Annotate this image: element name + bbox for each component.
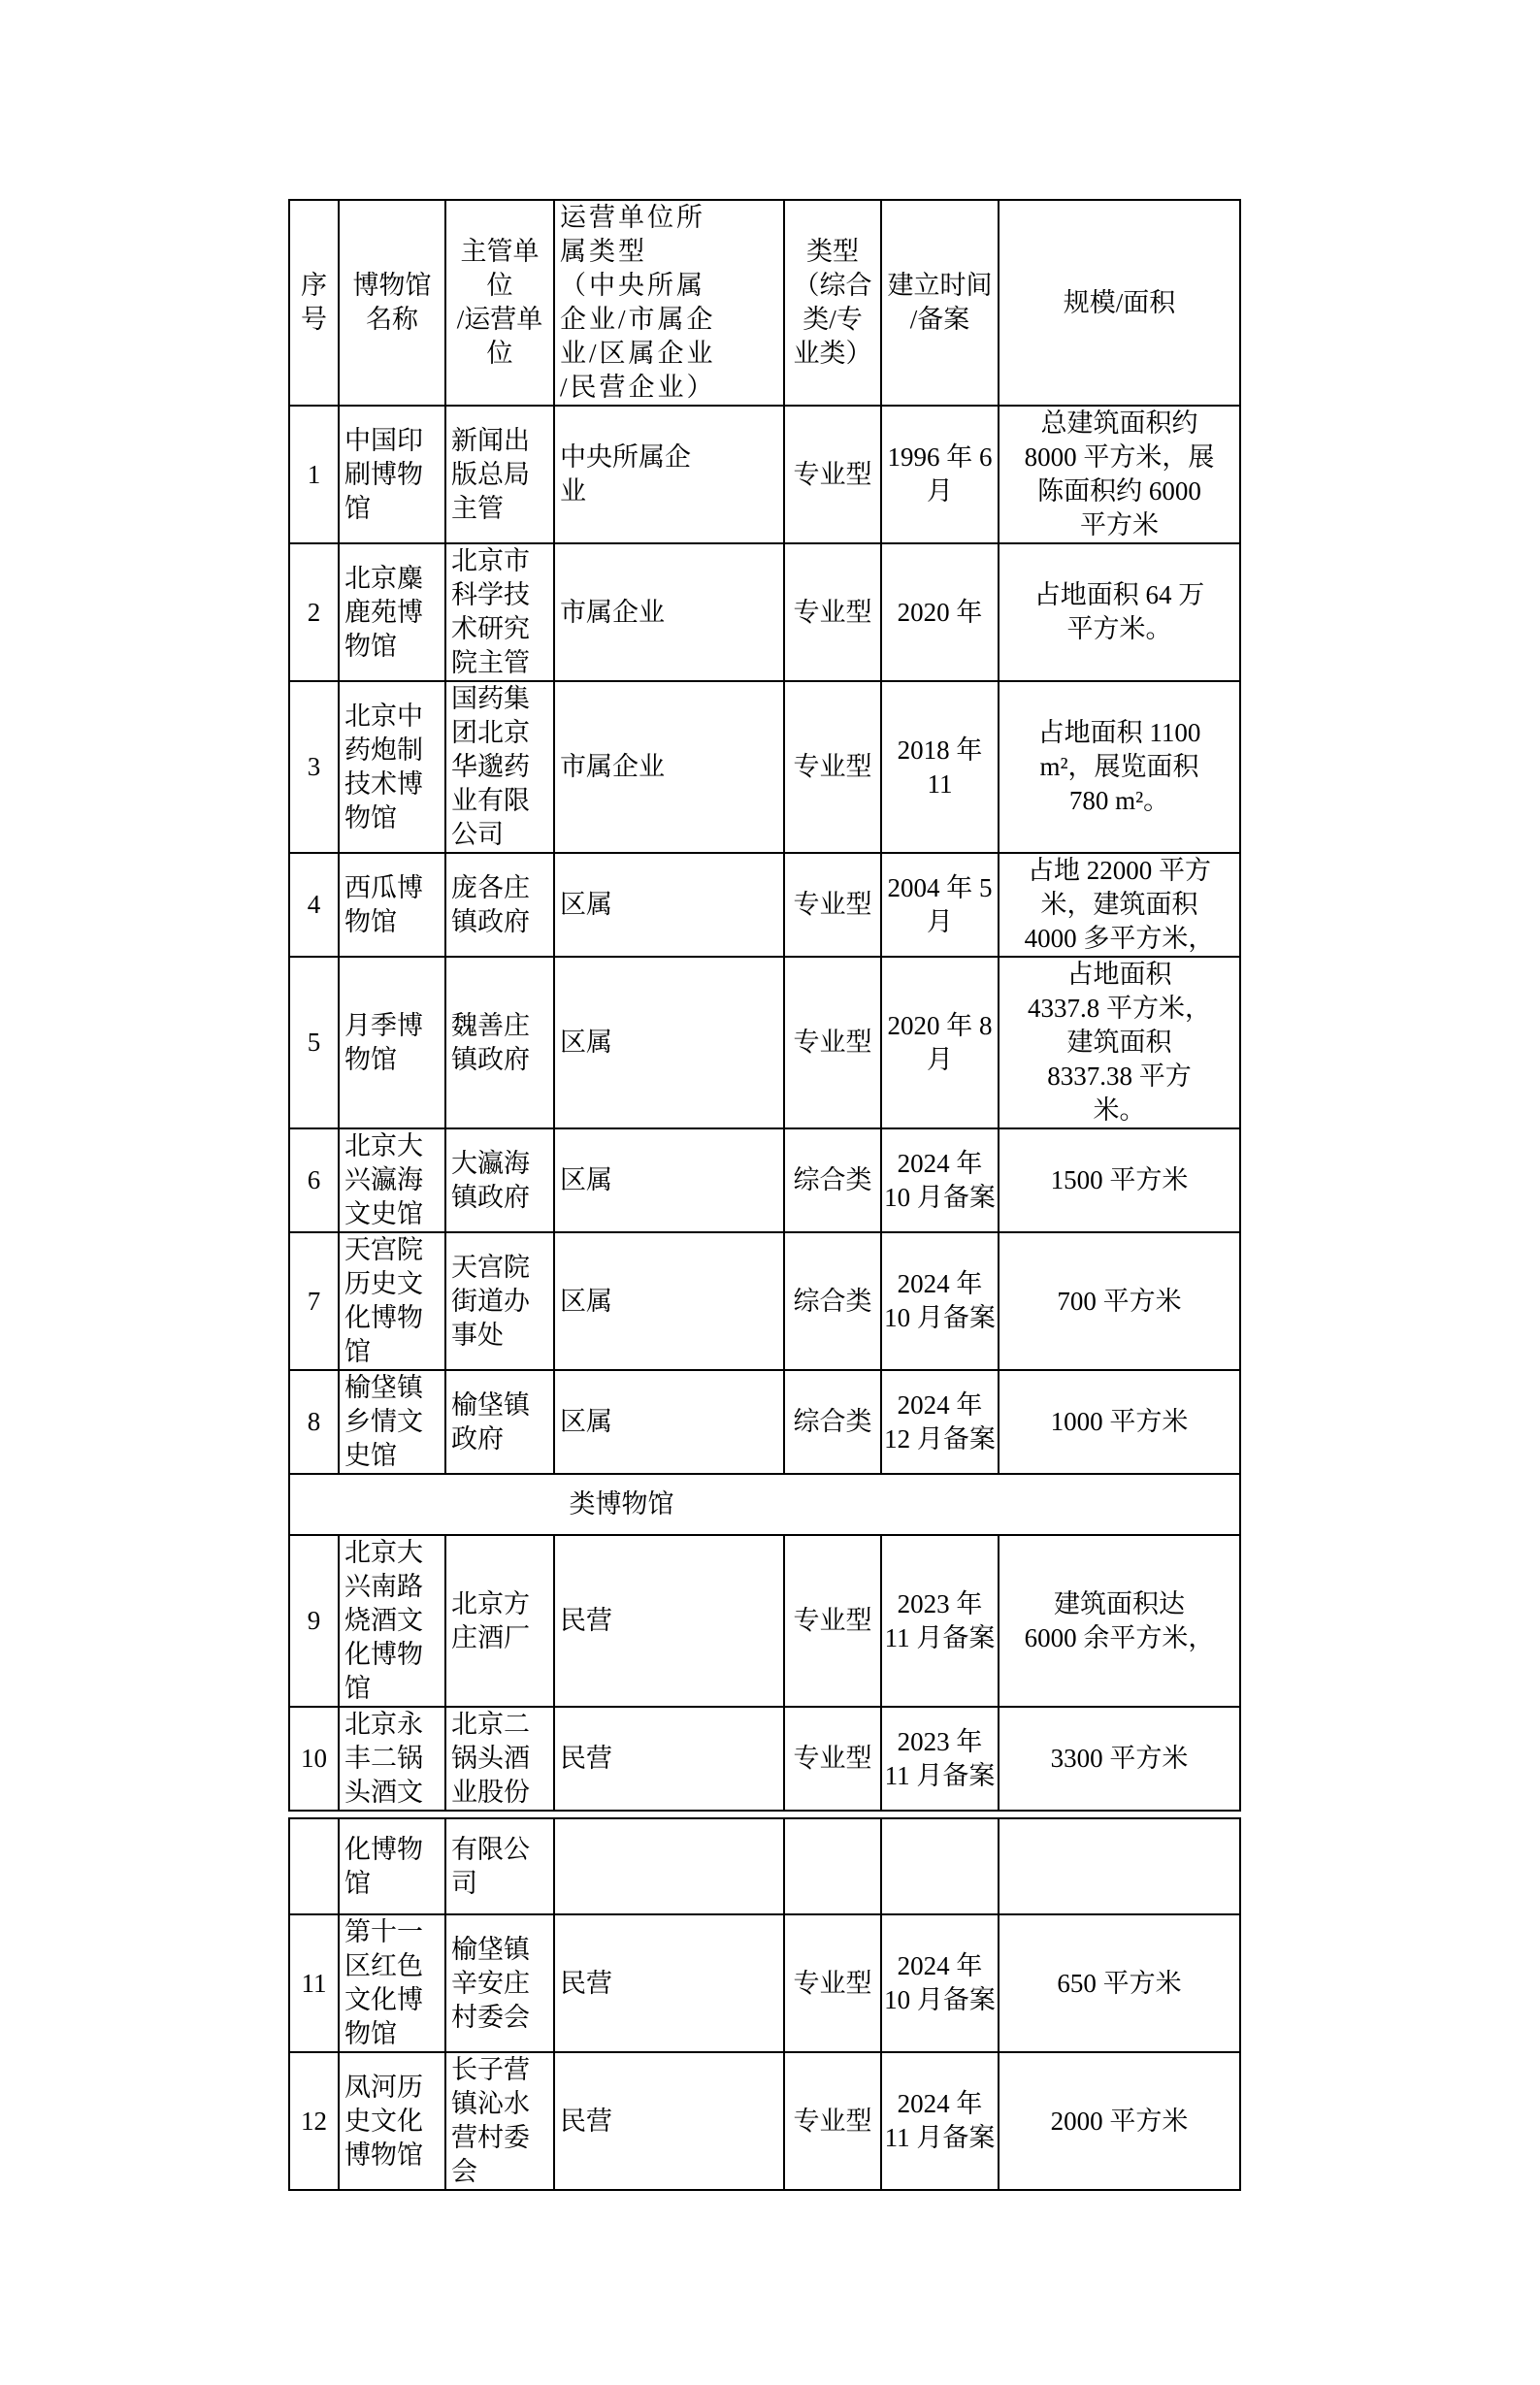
- table-row: 10 北京永 丰二锅 头酒文 北京二 锅头酒 业股份 民营 专业型 2023 年…: [289, 1707, 1240, 1811]
- table-cell: 3: [289, 681, 339, 853]
- table-cell: 专业型: [784, 2052, 881, 2190]
- table-cell: 市属企业: [554, 681, 784, 853]
- table-row: 2 北京麋 鹿苑博 物馆 北京市 科学技 术研究 院主管 市属企业 专业型 20…: [289, 543, 1240, 681]
- table-cell: 区属: [554, 957, 784, 1128]
- column-header: 主管单 位 /运营单 位: [445, 200, 554, 406]
- table-cell: [554, 1818, 784, 1914]
- table-cell: 北京麋 鹿苑博 物馆: [339, 543, 445, 681]
- table-row: 6 北京大 兴瀛海 文史馆 大瀛海 镇政府 区属 综合类 2024 年 10 月…: [289, 1128, 1240, 1232]
- table-row: 化博物 馆 有限公 司: [289, 1818, 1240, 1914]
- table-row: 7 天宫院 历史文 化博物 馆 天宫院 街道办 事处 区属 综合类 2024 年…: [289, 1232, 1240, 1370]
- column-header: 运营单位所 属类型 （中央所属 企业/市属企 业/区属企业 /民营企业）: [554, 200, 784, 406]
- table-cell: 月季博 物馆: [339, 957, 445, 1128]
- table-cell: 1000 平方米: [999, 1370, 1240, 1474]
- table-cell: 榆垡镇 政府: [445, 1370, 554, 1474]
- table-cell: 凤河历 史文化 博物馆: [339, 2052, 445, 2190]
- table-cell: 有限公 司: [445, 1818, 554, 1914]
- column-header: 类型 （综合 类/专 业类）: [784, 200, 881, 406]
- table-cell: 总建筑面积约 8000 平方米，展 陈面积约 6000 平方米: [999, 406, 1240, 543]
- table-cell: 综合类: [784, 1232, 881, 1370]
- table-cell: 北京市 科学技 术研究 院主管: [445, 543, 554, 681]
- table-cell: 2024 年 11 月备案: [881, 2052, 999, 2190]
- table-cell: 区属: [554, 1370, 784, 1474]
- table-cell: 2023 年 11 月备案: [881, 1535, 999, 1707]
- table-row: 1 中国印 刷博物 馆 新闻出 版总局 主管 中央所属企 业 专业型 1996 …: [289, 406, 1240, 543]
- table-cell: 庞各庄 镇政府: [445, 853, 554, 957]
- table-cell: 天宫院 历史文 化博物 馆: [339, 1232, 445, 1370]
- table-cell: 10: [289, 1707, 339, 1811]
- table-cell: 北京中 药炮制 技术博 物馆: [339, 681, 445, 853]
- table-row: 8 榆垡镇 乡情文 史馆 榆垡镇 政府 区属 综合类 2024 年 12 月备案…: [289, 1370, 1240, 1474]
- table-cell: 新闻出 版总局 主管: [445, 406, 554, 543]
- table-cell: 第十一 区红色 文化博 物馆: [339, 1914, 445, 2052]
- table-cell: [881, 1818, 999, 1914]
- table-cell: 大瀛海 镇政府: [445, 1128, 554, 1232]
- table-cell: 建筑面积达 6000 余平方米，: [999, 1535, 1240, 1707]
- table-cell: 中央所属企 业: [554, 406, 784, 543]
- table-row: 9 北京大 兴南路 烧酒文 化博物 馆 北京方 庄酒厂 民营 专业型 2023 …: [289, 1535, 1240, 1707]
- table-cell: [289, 1818, 339, 1914]
- table-cell: 北京方 庄酒厂: [445, 1535, 554, 1707]
- table-cell: 国药集 团北京 华邈药 业有限 公司: [445, 681, 554, 853]
- column-header: 建立时间 /备案: [881, 200, 999, 406]
- table-cell: 1500 平方米: [999, 1128, 1240, 1232]
- table-cell: 2004 年 5 月: [881, 853, 999, 957]
- table-cell: 专业型: [784, 1707, 881, 1811]
- table-row: 12 凤河历 史文化 博物馆 长子营 镇沁水 营村委 会 民营 专业型 2024…: [289, 2052, 1240, 2190]
- table-cell: 中国印 刷博物 馆: [339, 406, 445, 543]
- table-cell: 民营: [554, 1914, 784, 2052]
- table-cell: 7: [289, 1232, 339, 1370]
- table-cell: 魏善庄 镇政府: [445, 957, 554, 1128]
- table-cell: 北京大 兴南路 烧酒文 化博物 馆: [339, 1535, 445, 1707]
- column-header: 序 号: [289, 200, 339, 406]
- table-cell: 2024 年 12 月备案: [881, 1370, 999, 1474]
- category-label: 类博物馆: [289, 1474, 1240, 1535]
- table-cell: 9: [289, 1535, 339, 1707]
- table-row: 11 第十一 区红色 文化博 物馆 榆垡镇 辛安庄 村委会 民营 专业型 202…: [289, 1914, 1240, 2052]
- table-cell: 综合类: [784, 1128, 881, 1232]
- table-cell: 3300 平方米: [999, 1707, 1240, 1811]
- table-cell: 专业型: [784, 957, 881, 1128]
- table-cell: 2018 年 11: [881, 681, 999, 853]
- table-cell: 民营: [554, 1707, 784, 1811]
- table-cell: [999, 1818, 1240, 1914]
- column-header: 博物馆 名称: [339, 200, 445, 406]
- table-cell: 化博物 馆: [339, 1818, 445, 1914]
- table-cell: 天宫院 街道办 事处: [445, 1232, 554, 1370]
- table-cell: 榆垡镇 辛安庄 村委会: [445, 1914, 554, 2052]
- table-cell: 榆垡镇 乡情文 史馆: [339, 1370, 445, 1474]
- table-cell: 11: [289, 1914, 339, 2052]
- table-cell: 2023 年 11 月备案: [881, 1707, 999, 1811]
- table-cell: 2024 年 10 月备案: [881, 1914, 999, 2052]
- table-cell: 650 平方米: [999, 1914, 1240, 2052]
- table-cell: 长子营 镇沁水 营村委 会: [445, 2052, 554, 2190]
- table-cell: 4: [289, 853, 339, 957]
- table-cell: 700 平方米: [999, 1232, 1240, 1370]
- table-cell: 区属: [554, 1128, 784, 1232]
- table-cell: 1: [289, 406, 339, 543]
- table-cell: 8: [289, 1370, 339, 1474]
- column-header: 规模/面积: [999, 200, 1240, 406]
- museums-table-part2: 化博物 馆 有限公 司 11 第十一 区红色 文化博 物馆 榆垡镇 辛安庄 村委…: [288, 1817, 1241, 2191]
- category-row: 类博物馆: [289, 1474, 1240, 1535]
- museums-table-part1: 序 号 博物馆 名称 主管单 位 /运营单 位 运营单位所 属类型 （中央所属 …: [288, 199, 1241, 1812]
- table-cell: 北京二 锅头酒 业股份: [445, 1707, 554, 1811]
- table-cell: 2024 年 10 月备案: [881, 1232, 999, 1370]
- table-cell: 区属: [554, 853, 784, 957]
- table-cell: 专业型: [784, 406, 881, 543]
- table-cell: 专业型: [784, 1914, 881, 2052]
- table-cell: 2020 年 8 月: [881, 957, 999, 1128]
- table-row: 4 西瓜博 物馆 庞各庄 镇政府 区属 专业型 2004 年 5 月 占地 22…: [289, 853, 1240, 957]
- table-cell: 区属: [554, 1232, 784, 1370]
- table-cell: 专业型: [784, 543, 881, 681]
- table-row: 3 北京中 药炮制 技术博 物馆 国药集 团北京 华邈药 业有限 公司 市属企业…: [289, 681, 1240, 853]
- table-cell: 6: [289, 1128, 339, 1232]
- table-cell: 民营: [554, 2052, 784, 2190]
- table-cell: 1996 年 6 月: [881, 406, 999, 543]
- table-header-row: 序 号 博物馆 名称 主管单 位 /运营单 位 运营单位所 属类型 （中央所属 …: [289, 200, 1240, 406]
- table-cell: 2000 平方米: [999, 2052, 1240, 2190]
- table-cell: [784, 1818, 881, 1914]
- table-cell: 占地面积 1100 m²，展览面积 780 m²。: [999, 681, 1240, 853]
- table-cell: 占地 22000 平方 米，建筑面积 4000 多平方米，: [999, 853, 1240, 957]
- table-row: 5 月季博 物馆 魏善庄 镇政府 区属 专业型 2020 年 8 月 占地面积 …: [289, 957, 1240, 1128]
- table-cell: 2020 年: [881, 543, 999, 681]
- table-cell: 北京大 兴瀛海 文史馆: [339, 1128, 445, 1232]
- table-cell: 专业型: [784, 853, 881, 957]
- table-cell: 12: [289, 2052, 339, 2190]
- document-page: 序 号 博物馆 名称 主管单 位 /运营单 位 运营单位所 属类型 （中央所属 …: [0, 0, 1540, 2385]
- table-cell: 西瓜博 物馆: [339, 853, 445, 957]
- table-cell: 专业型: [784, 1535, 881, 1707]
- table-cell: 2024 年 10 月备案: [881, 1128, 999, 1232]
- table-cell: 2: [289, 543, 339, 681]
- table-cell: 综合类: [784, 1370, 881, 1474]
- table-cell: 北京永 丰二锅 头酒文: [339, 1707, 445, 1811]
- table-cell: 占地面积 4337.8 平方米， 建筑面积 8337.38 平方 米。: [999, 957, 1240, 1128]
- table-cell: 专业型: [784, 681, 881, 853]
- table-cell: 占地面积 64 万 平方米。: [999, 543, 1240, 681]
- table-cell: 5: [289, 957, 339, 1128]
- table-cell: 民营: [554, 1535, 784, 1707]
- table-cell: 市属企业: [554, 543, 784, 681]
